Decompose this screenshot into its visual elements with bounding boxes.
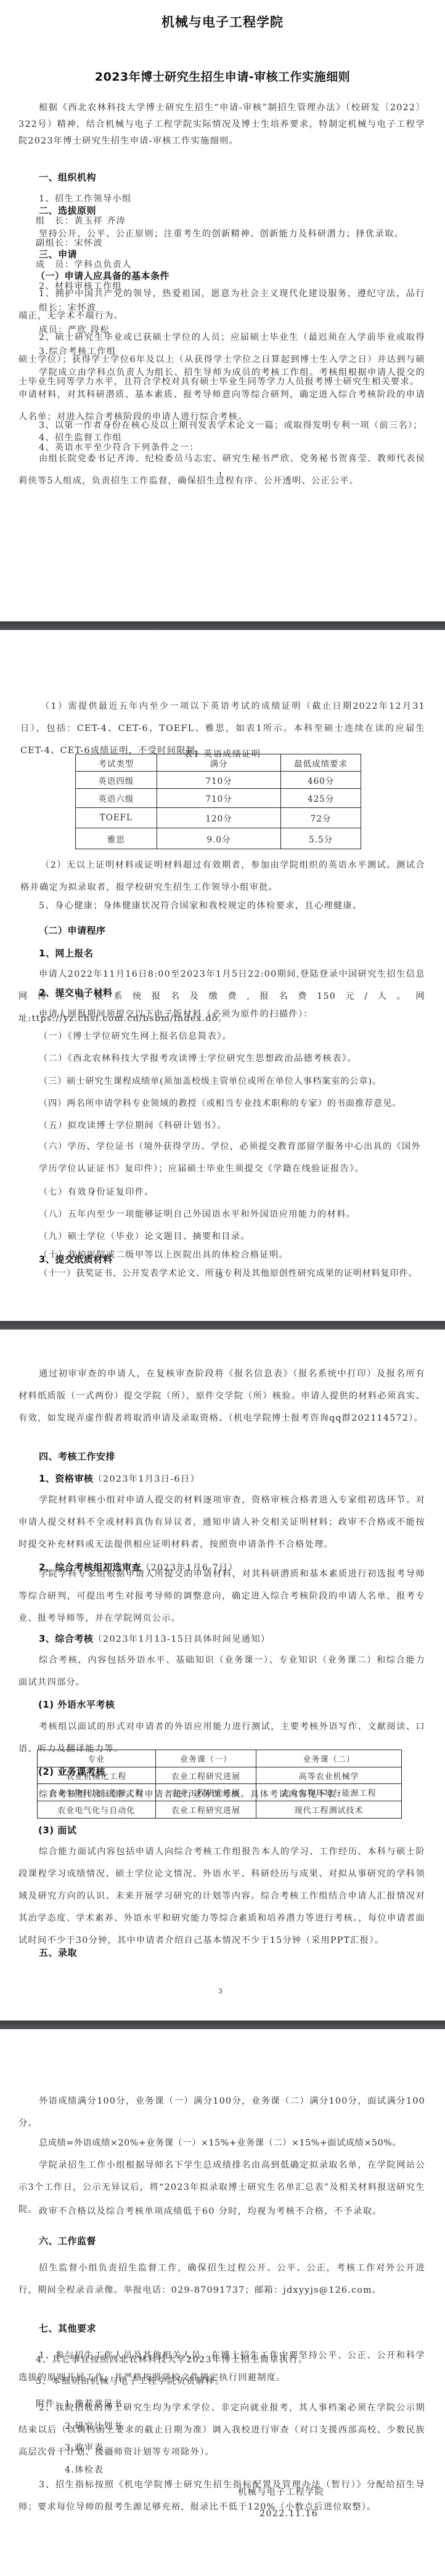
- table1-header-min-score: 最低成绩要求: [281, 754, 361, 772]
- college-header: 机械与电子工程学院: [0, 12, 445, 31]
- table-row: 农业生物环境与能源工程 农业工程研究进展 农业生物环境与能源工程: [38, 1784, 402, 1801]
- p3-interview: (3) 面试: [38, 1823, 76, 1836]
- material-item-8: （八）五年内至少一项能够证明自己外国语水平和外国语应用能力的材料。: [39, 1206, 356, 1223]
- table-cell: 农业生物环境与能源工程: [38, 1784, 156, 1801]
- fail-text: 政审不合格以及综合考核单项成绩低于60 分时，均视为考核不合格，不予录取。: [39, 2203, 382, 2220]
- page-separator: [0, 2021, 445, 2029]
- s3-text: 综合考核，内容包括外语水平、基础知识（业务课一）、专业知识（业务课二）和综合能力…: [18, 1649, 425, 1694]
- attachment-item-2[interactable]: 2.研究计划书: [65, 2418, 123, 2435]
- s1-date: （2023年1月3日-6日）: [93, 1474, 200, 1484]
- course-table: 专业 业务课（一） 业务课（二） 农业机械化工程 农业工程研究进展 高等农业机械…: [37, 1750, 402, 1819]
- table-cell: 农业工程研究进展: [155, 1801, 256, 1819]
- step3-text: 通过初审审查的申请人，在复核审查阶段将《报名信息表》（报名系统中打印）及报名所有…: [18, 1363, 425, 1429]
- condition-3: 3、以第一作者身份在核心及以上期刊发表学术论文一篇；或取得发明专利一项（前三名）…: [18, 414, 425, 437]
- subheading-basic-conditions: （一）申请人应具备的基本条件: [36, 269, 169, 282]
- table2-header-course2: 业务课（二）: [256, 1750, 402, 1767]
- page-2: （1）需提供最近五年内至少一项以下英语考试的成绩证明（截止日期2022年12月3…: [0, 630, 445, 1321]
- table-cell: TOEFL: [76, 808, 157, 828]
- step2-electronic-materials: 2、提交电子材料: [39, 986, 112, 999]
- table-cell: 农业工程研究进展: [155, 1784, 256, 1801]
- table2-header-major: 专业: [38, 1750, 156, 1767]
- step2-intro: 申请人网报期间须提交以下电子版材料（必须为原件的扫描件）：: [39, 1006, 313, 1023]
- material-item-6: （六）学历、学位证书（境外获得学历、学位，必须提交教育部留学服务中心出具的《国外…: [39, 1136, 421, 1180]
- table-row: 雅思 9.0分 5.5分: [76, 828, 361, 849]
- s2-text: 学院学科专家组根据申请人所提交的申请材料，对其科研潜质和基本素质进行初选报考导师…: [18, 1563, 425, 1629]
- table-cell: 农业机械化工程: [38, 1767, 156, 1784]
- table-cell: 英语四级: [76, 772, 157, 789]
- table-row: TOEFL 120分 72分: [76, 808, 361, 828]
- table-cell: 雅思: [76, 828, 157, 849]
- page-number-3: 3: [218, 1987, 222, 1995]
- requirement-3: 3、招生指标按照《机电学院博士研究生招生指标配置及管理办法（暂行）》分配给招生导…: [18, 2474, 425, 2518]
- section-heading-application: 三、申请: [39, 248, 77, 260]
- subheading-application-procedure: （二）申请程序: [39, 924, 106, 937]
- table1-header-exam-type: 考试类型: [76, 754, 157, 772]
- step1-online-registration: 1、网上报名: [39, 947, 93, 959]
- table-row: 英语四级 710分 460分: [76, 772, 361, 789]
- requirement-4: 4、其它事宜按照西北农林科技大学2023年博士招生简章执行。: [36, 2352, 308, 2368]
- p3-text: 综合能力面试内容包括申请人向综合考核工作组报告本人的学习、工作经历、本科与硕士阶…: [18, 1841, 425, 1952]
- page-separator: [0, 1321, 445, 1330]
- page-separator: [0, 621, 445, 630]
- table-cell: 5.5分: [281, 828, 361, 849]
- section-heading-organization: 一、组织机构: [39, 171, 96, 184]
- table-row: 农业机械化工程 农业工程研究进展 高等农业机械学: [38, 1767, 402, 1784]
- condition-4: 4、英语水平至少符合下列条件之一：: [39, 440, 199, 456]
- table-cell: 农业工程研究进展: [155, 1767, 256, 1784]
- material-item-11: （十一）获奖证书、公开发表学术论文、所获专利及其他原创性研究成果的证明材料复印件…: [39, 1262, 421, 1285]
- condition-5: 5、身心健康；身体健康状况符合国家和我校规定的体检要求，且心理健康。: [39, 898, 362, 915]
- supervision-text: 招生监督小组负责招生监督工作，确保招生过程公开、公平、公正，考核工作对外公开进行…: [18, 2257, 425, 2301]
- page-4: 外语成绩满分100分，业务课（一）满分100分，业务课（二）满分100分，面试满…: [0, 2029, 445, 2576]
- section-heading-assessment: 四、考核工作安排: [39, 1450, 115, 1463]
- english-proof-2: （2）无以上证明材料或证明材料超过有效期者，参加由学院组织的英语水平测试。测试合…: [18, 854, 425, 898]
- table-cell: 农业生物环境与能源工程: [256, 1784, 402, 1801]
- document-title: 2023年博士研究生招生申请-审核工作实施细则: [0, 68, 445, 84]
- s3-heading: 3、综合考核（2023年1月13-15日具体时间见通知）: [39, 1631, 271, 1648]
- s1-title: 1、资格审核: [39, 1473, 93, 1484]
- table-row: 英语六级 710分 425分: [76, 789, 361, 808]
- section-heading-other: 七、其他要求: [39, 2322, 96, 2335]
- s3-date: （2023年1月13-15日具体时间见通知）: [93, 1634, 270, 1644]
- signature-date: 2022.11.16: [259, 2506, 318, 2522]
- table1-header-full-score: 满分: [157, 754, 281, 772]
- material-item-9: （九）硕士学位（毕业）论文题目、摘要和目录。: [39, 1229, 250, 1245]
- table-cell: 英语六级: [76, 789, 157, 808]
- s1-text: 学院材料审核小组对申请人提交的材料逐项审查，资格审核合格者进入专家组初选环节。对…: [18, 1489, 425, 1556]
- page-number-2: 2: [218, 1272, 222, 1280]
- table-cell: 425分: [281, 789, 361, 808]
- table2-header-course1: 业务课（一）: [155, 1750, 256, 1767]
- document-viewer[interactable]: 机械与电子工程学院 2023年博士研究生招生申请-审核工作实施细则 根据《西北农…: [0, 0, 445, 2576]
- step3-paper-materials: 3、提交纸质材料: [39, 1253, 112, 1266]
- principles-text: 坚持公开、公平、公正原则；注重考生的创新精神、创新能力及科研潜力；择优录取。: [39, 226, 404, 243]
- table-cell: 460分: [281, 772, 361, 789]
- table-cell: 农业电气化与自动化: [38, 1801, 156, 1819]
- attachment-item-3[interactable]: 3.政审表: [65, 2440, 104, 2457]
- page-3: 通过初审审查的申请人，在复核审查阶段将《报名信息表》（报名系统中打印）及报名所有…: [0, 1330, 445, 2021]
- intro-paragraph: 根据《西北农林科技大学博士研究生招生“申请-审核”制招生管理办法》（校研发〔20…: [18, 100, 425, 150]
- attachment-item-1[interactable]: 1.推荐意见书: [65, 2396, 123, 2413]
- section-heading-admission: 五、录取: [39, 1946, 77, 1959]
- s1-heading: 1、资格审核（2023年1月3日-6日）: [39, 1471, 200, 1488]
- table-cell: 9.0分: [157, 828, 281, 849]
- table-cell: 710分: [157, 789, 281, 808]
- condition-1: 1、拥护中国共产党的领导，热爱祖国，愿意为社会主义现代化建设服务，遵纪守法，品行…: [18, 283, 425, 327]
- attachment-item-4[interactable]: 4.体检表: [65, 2462, 104, 2479]
- requirement-5: 5、本细则由机械与电子工程学院负责解释。: [36, 2373, 225, 2390]
- page-number-1: 1: [218, 471, 222, 479]
- p1-foreign-language: (1) 外语水平考核: [38, 1698, 115, 1711]
- table-row: 农业电气化与自动化 农业工程研究进展 现代工程测试技术: [38, 1801, 402, 1819]
- table-cell: 120分: [157, 808, 281, 828]
- material-item-3: （三）硕士研究生课程成绩单(须加盖校级主管单位或所在单位人事档案室的公章)。: [39, 1073, 382, 1090]
- table-cell: 72分: [281, 808, 361, 828]
- material-item-4: （四）两名所申请学科专业领域的教授（或相当专业技术职称的专家）的书面推荐意见。: [39, 1096, 401, 1112]
- score-text: 外语成绩满分100分，业务课（一）满分100分，业务课（二）满分100分，面试满…: [18, 2090, 425, 2134]
- signature-org: 机械与电子工程学院: [238, 2484, 324, 2501]
- section-heading-supervision: 六、工作监督: [39, 2234, 96, 2247]
- attachments-label: 附件：: [36, 2396, 65, 2413]
- section-heading-principles: 二、选拔原则: [39, 204, 96, 217]
- s3-title: 3、综合考核: [39, 1633, 93, 1644]
- score-formula: 总成绩=外语成绩×20%+业务课（一）×15%+业务课（二）×15%+面试成绩×…: [39, 2135, 401, 2152]
- material-item-1: （一）《博士学位研究生网上报名信息简表》。: [39, 1028, 232, 1045]
- material-item-2: （二）《西北农林科技大学报考攻读博士学位研究生思想政治品德考核表》。: [39, 1051, 357, 1067]
- table-cell: 高等农业机械学: [256, 1767, 402, 1784]
- table-cell: 710分: [157, 772, 281, 789]
- table-cell: 现代工程测试技术: [256, 1801, 402, 1819]
- material-item-7: （七）有效身份证复印件。: [39, 1184, 154, 1201]
- english-score-table: 考试类型 满分 最低成绩要求 英语四级 710分 460分 英语六级 710分 …: [75, 754, 361, 849]
- material-item-5: （五）拟攻读博士学位期间《科研计划书》。: [39, 1118, 227, 1134]
- condition-2: 2、硕士研究生毕业或已获硕士学位的人员；应届硕士毕业生（最迟须在入学前毕业或取得…: [18, 326, 425, 393]
